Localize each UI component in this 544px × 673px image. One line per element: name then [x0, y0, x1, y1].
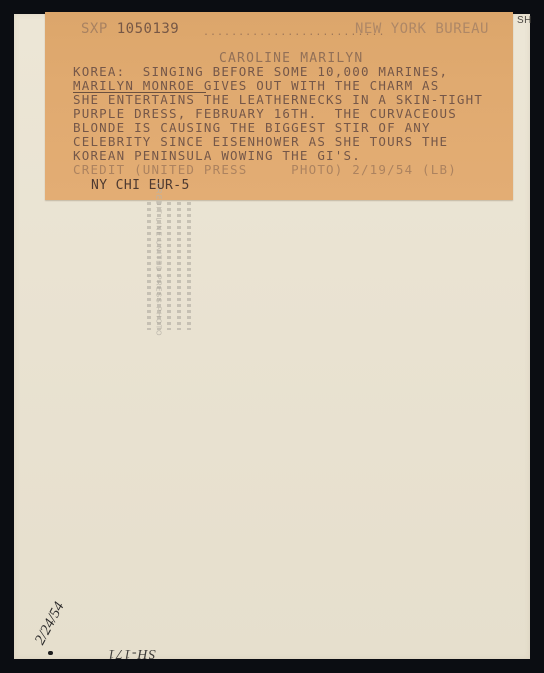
- ink-dot: [48, 651, 53, 655]
- handwritten-code: SH-171: [107, 645, 156, 661]
- caption-label: SXP 1050139 .......................... N…: [45, 12, 513, 200]
- caption-line: KOREAN PENINSULA WOWING THE GI'S.: [73, 149, 361, 162]
- handwritten-mark-top: SH: [517, 15, 532, 26]
- caption-line: PURPLE DRESS, FEBRUARY 16TH. THE CURVACE…: [73, 107, 457, 120]
- stamp-fine-print: [177, 202, 181, 330]
- slug-code: SXP: [81, 21, 108, 37]
- caption-line: BLONDE IS CAUSING THE BIGGEST STIR OF AN…: [73, 121, 431, 134]
- slug-number: 1050139: [117, 21, 180, 37]
- slug-id: SXP 1050139: [81, 23, 179, 36]
- credit-stamp: CREDIT LINE UNITED PRESS PHOTO: [125, 200, 200, 330]
- stamp-fine-print: [167, 202, 171, 330]
- caption-line: KOREA: SINGING BEFORE SOME 10,000 MARINE…: [73, 65, 448, 78]
- stamp-fine-print: [147, 202, 151, 330]
- bureau-distribution: NY CHI EUR-5: [91, 179, 190, 192]
- stamp-fine-print: [187, 202, 191, 330]
- credit-line: CREDIT (UNITED PRESS PHOTO) 2/19/54 (LB): [73, 163, 457, 176]
- slug-city: NEW YORK BUREAU: [355, 23, 489, 36]
- caption-line: CELEBRITY SINCE EISENHOWER AS SHE TOURS …: [73, 135, 448, 148]
- stamp-fine-print: [157, 202, 161, 330]
- caption-line: SHE ENTERTAINS THE LEATHERNECKS IN A SKI…: [73, 93, 483, 106]
- caption-line: MARILYN MONROE GIVES OUT WITH THE CHARM …: [73, 79, 439, 92]
